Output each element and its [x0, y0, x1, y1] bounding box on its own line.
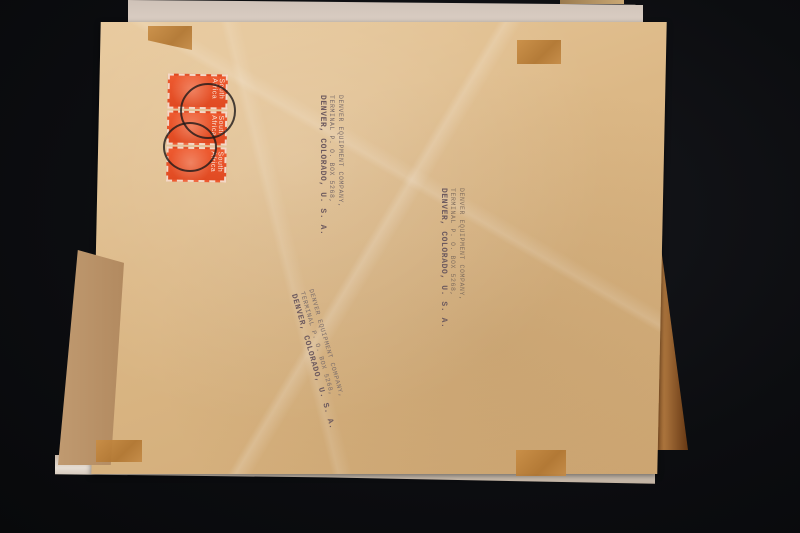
tape-bottom-left	[96, 440, 142, 462]
address-line: DENVER EQUIPMENT COMPANY,	[336, 95, 345, 235]
address-line: TERMINAL P. O. BOX 5268,	[327, 95, 336, 235]
address-city: DENVER, COLORADO, U. S. A.	[439, 188, 448, 328]
address-label: DENVER EQUIPMENT COMPANY, TERMINAL P. O.…	[439, 188, 466, 328]
address-line: DENVER EQUIPMENT COMPANY,	[457, 188, 466, 328]
tape-top-right	[517, 40, 561, 64]
tape-bottom-right	[516, 450, 566, 476]
address-line: TERMINAL P. O. BOX 5268,	[448, 188, 457, 328]
top-strip	[560, 0, 624, 4]
address-city: DENVER, COLORADO, U. S. A.	[318, 95, 327, 235]
postmark	[163, 122, 217, 172]
address-label: DENVER EQUIPMENT COMPANY, TERMINAL P. O.…	[318, 95, 345, 235]
